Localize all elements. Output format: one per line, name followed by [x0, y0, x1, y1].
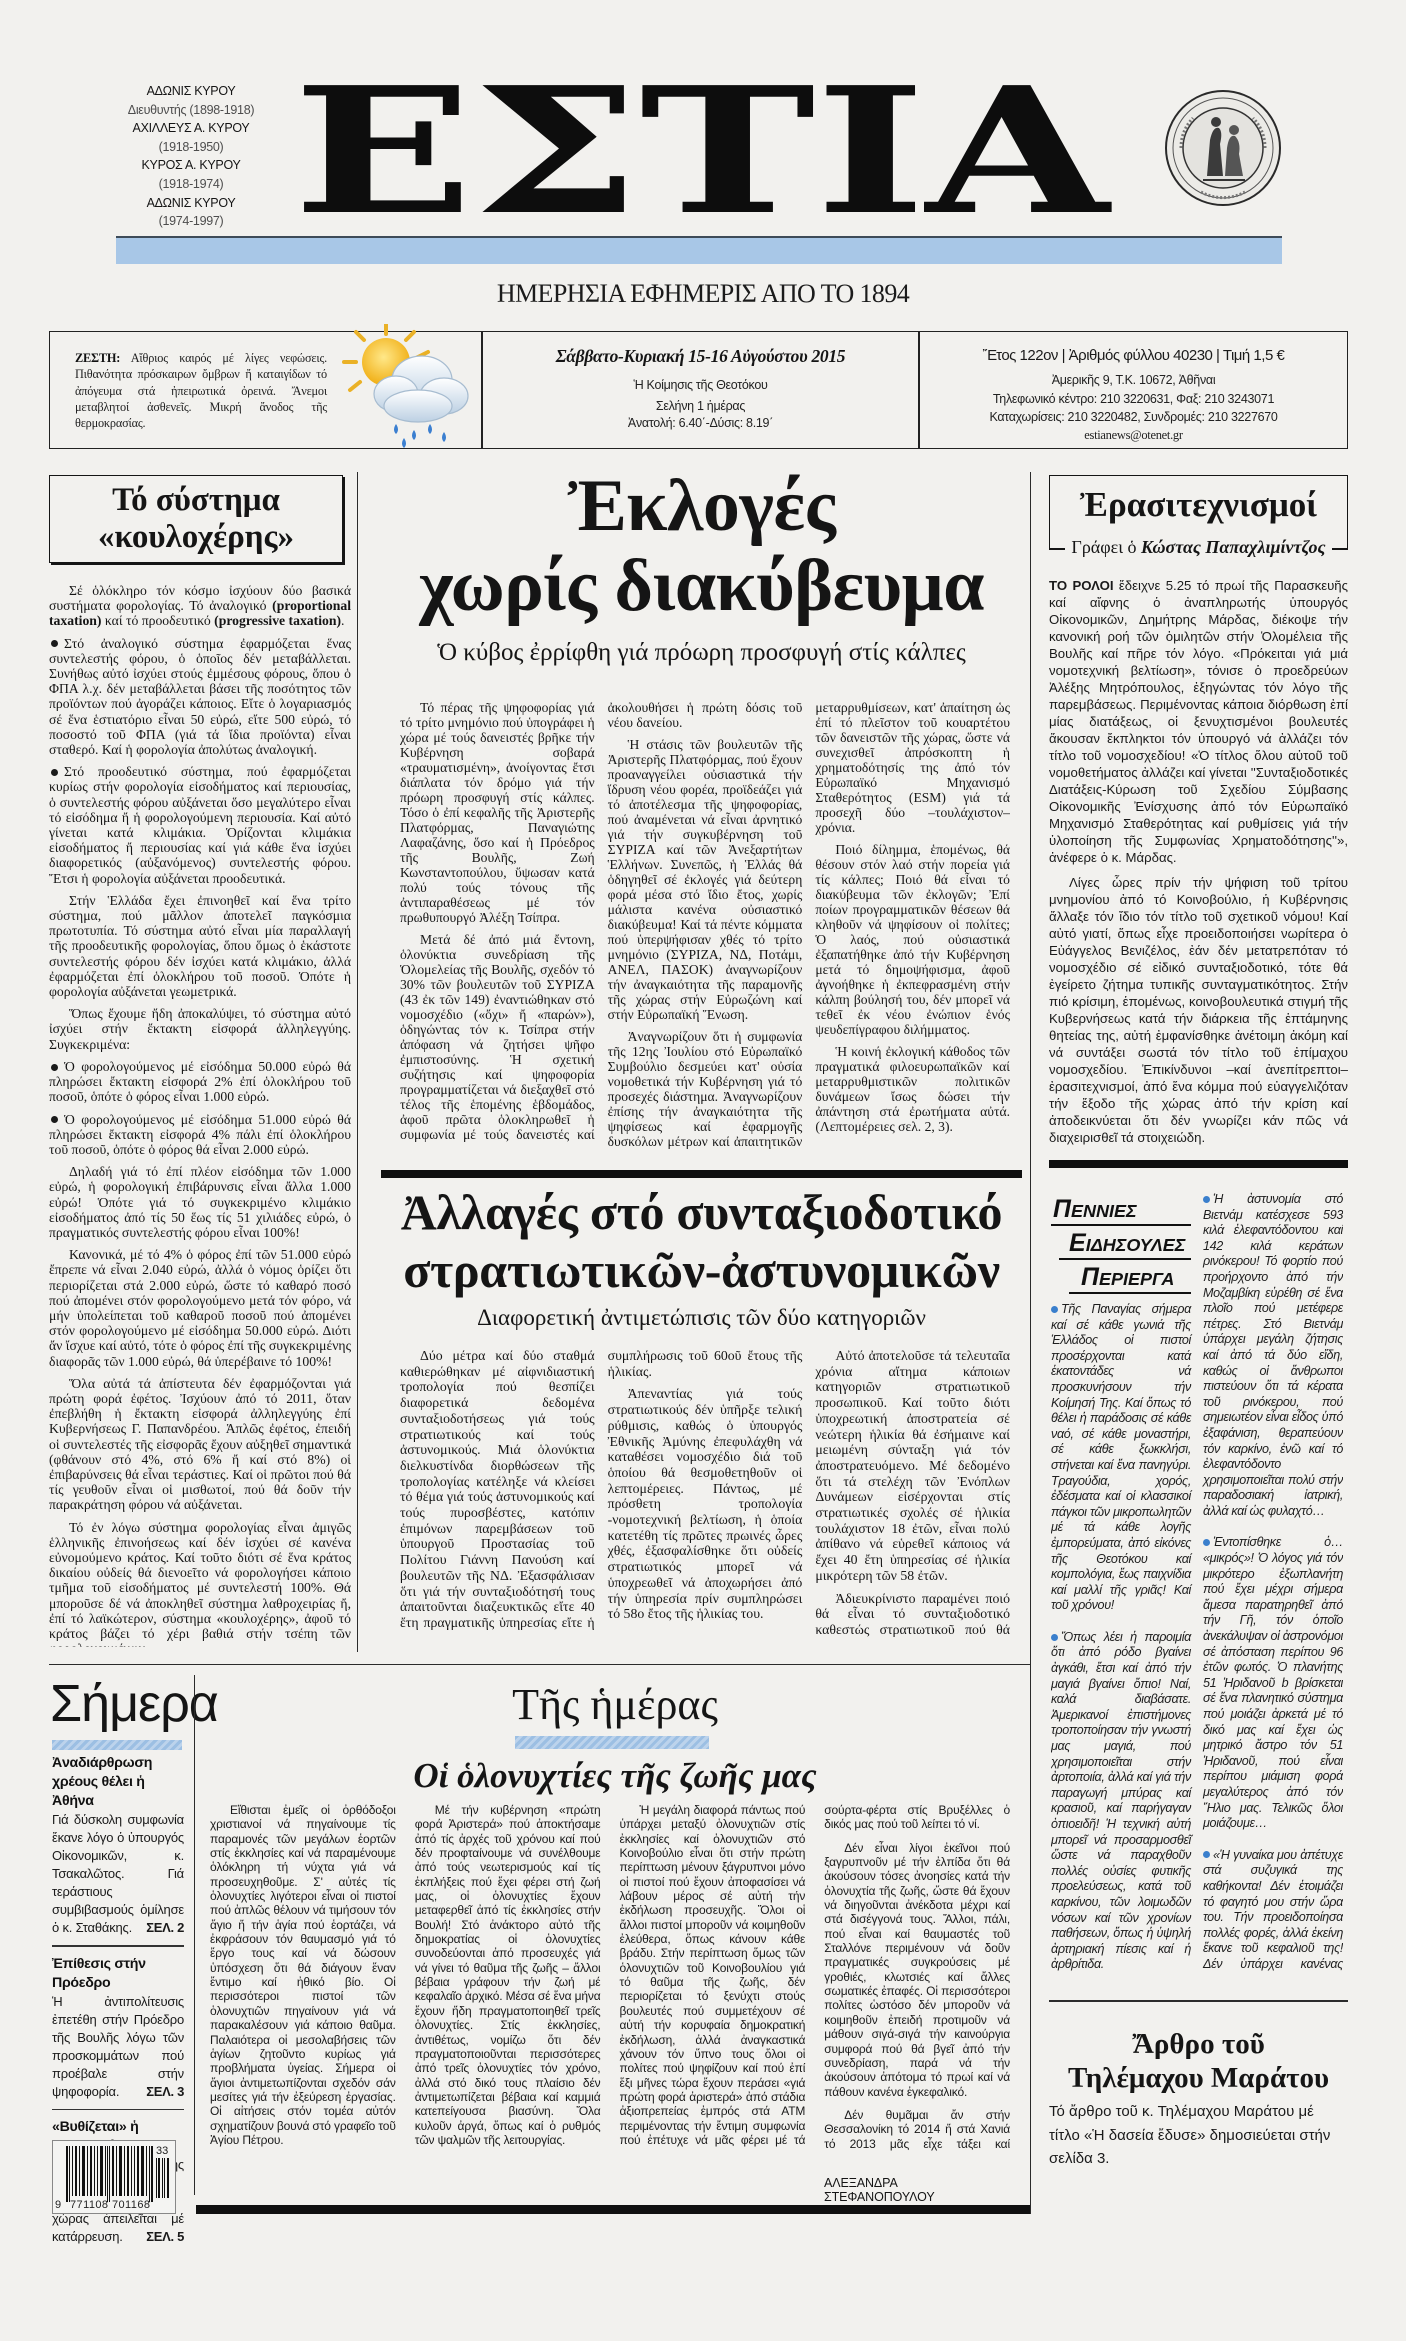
- main-headline-line1: Ἐκλογές: [381, 466, 1022, 546]
- weather-forecast: ΖΕΣΤΗ: Αἴθριος καιρός μέ λίγες νεφώσεις.…: [75, 350, 327, 431]
- publication-info-cell: Ἔτος 122ον | Ἀριθμός φύλλου 40230 | Τιμή…: [920, 332, 1347, 448]
- article-paragraph: Ὁ φορολογούμενος μέ εἰσόδημα 51.000 εὐρώ…: [49, 1112, 351, 1158]
- article-paragraph: Δηλαδή γιά τό ἐπί πλέον εἰσόδημα τῶν 1.0…: [49, 1164, 351, 1240]
- main-subheadline: Ὁ κύβος ἐρρίφθη γιά πρόωρη προσφυγή στίς…: [381, 639, 1022, 667]
- bullet-icon: [1203, 1851, 1210, 1858]
- left-article-title-line2: «κουλοχέρης»: [50, 519, 342, 556]
- article-paragraph: Τό πέρας τῆς ψηφοφορίας γιά τό τρίτο μνη…: [400, 700, 595, 925]
- article-paragraph: Λίγες ὧρες πρίν τήν ψήφιση τοῦ τρίτου μν…: [1049, 874, 1348, 1146]
- lead-in: ΤΟ ΡΟΛΟΙ: [1049, 578, 1114, 593]
- column-divider: [1030, 472, 1031, 2214]
- text-run: καί τό προοδευτικό: [101, 613, 214, 628]
- page-reference: ΣΕΛ. 3: [146, 2083, 184, 2101]
- section-divider-thick: [196, 2205, 1030, 2214]
- weather-label: ΖΕΣΤΗ:: [75, 351, 120, 365]
- article-paragraph: Στό προοδευτικό σύστημα, πού ἐφαρμόζεται…: [49, 764, 351, 886]
- news-item-text: Τῆς Παναγίας σήμερα καί σέ κάθε γωνιά τῆ…: [1051, 1302, 1191, 1612]
- index-item-title: Ἐπίθεσις στήν Πρόεδρο: [52, 1955, 184, 1993]
- marathos-note-text: Τό ἄρθρο τοῦ κ. Τηλέμαχου Μαράτου μέ τίτ…: [1049, 2100, 1348, 2171]
- left-article-body: Σέ ὁλόκληρο τόν κόσμο ἰσχύουν δύο βασικά…: [49, 583, 351, 1647]
- news-item: Ἡ ἀστυνομία στό Βιετνάμ κατέσχεσε 593 κι…: [1203, 1192, 1343, 1519]
- index-item-body: Γιά δύσκολη συμφωνία ἔκανε λόγο ὁ ὑπουργ…: [52, 1811, 184, 1937]
- article-paragraph: Εἴθισται ἐμεῖς οἱ ὀρθόδοξοι χριστιανοί ν…: [210, 1803, 396, 2147]
- pennies-header-line: ΠΕΡΙΕΡΓΑ: [1069, 1264, 1191, 1294]
- bullet-icon: [1051, 1306, 1058, 1313]
- founder-years: (1974-1997): [96, 212, 286, 231]
- right-column-title: Ἐρασιτεχνισμοί: [1080, 485, 1317, 524]
- bullet-icon: [51, 1064, 58, 1071]
- founder-years: (1918-1950): [96, 138, 286, 157]
- classifieds-numbers: Καταχωρίσεις: 210 3220482, Συνδρομές: 21…: [920, 410, 1347, 424]
- article-paragraph: Ἡ κοινή ἐκλογική κάθοδος τῶν πραγματικά …: [815, 1044, 1010, 1134]
- athena-seal-icon: [1163, 88, 1283, 208]
- date-cell: Σάββατο-Κυριακή 15-16 Αὐγούστου 2015 Ἡ Κ…: [483, 332, 918, 448]
- barcode-digits: 771108 701168: [70, 2199, 150, 2211]
- text-run: Ὁ φορολογούμενος μέ εἰσόδημα 51.000 εὐρώ…: [49, 1112, 351, 1157]
- text-run: Στό ἀναλογικό σύστημα ἐφαρμόζεται ἕνας σ…: [49, 636, 351, 757]
- byline-wrap: Γράφει ὁ Κώστας Παπαχλιμίντζος: [1065, 537, 1331, 557]
- text-run: .: [341, 613, 344, 628]
- right-column-body: ΤΟ ΡΟΛΟΙ ἔδειχνε 5.25 τό πρωί τῆς Παρασκ…: [1049, 577, 1348, 1160]
- issue-date: Σάββατο-Κυριακή 15-16 Αὐγούστου 2015: [483, 346, 918, 367]
- index-divider: [52, 1945, 184, 1947]
- today-title: Σήμερα: [50, 1676, 186, 1732]
- second-headline-line1: Ἀλλαγές στό συνταξιοδοτικό: [381, 1183, 1022, 1241]
- bullet-icon: [51, 769, 58, 776]
- article-paragraph: Δέν εἶναι λίγοι ἐκεῖνοι πού ξαγρυπνοῦν μ…: [824, 1841, 1010, 2099]
- marathos-note-title-line1: Ἄρθρο τοῦ: [1049, 2027, 1348, 2061]
- news-item-text: Ὅπως λέει ἡ παροιμία ὅτι ἀπό ρόδο βγαίνε…: [1051, 1630, 1191, 1971]
- section-divider-thick: [381, 1170, 1022, 1178]
- bullet-icon: [1203, 1196, 1210, 1203]
- page-reference: ΣΕΛ. 2: [146, 1919, 184, 1937]
- news-item-text: Ἐντοπίσθηκε ὁ… «μικρός»! Ὁ λόγος γιά τόν…: [1203, 1535, 1343, 1830]
- text-run: ἔδειχνε 5.25 τό πρωί τῆς Παρασκευῆς καί …: [1049, 578, 1348, 865]
- byline: Γράφει ὁ Κώστας Παπαχλιμίντζος: [1049, 537, 1348, 558]
- article-paragraph: Τό ἐν λόγω σύστημα φορολογίας εἶναι ἀμιγ…: [49, 1520, 351, 1647]
- index-item-text: Γιά δύσκολη συμφωνία ἔκανε λόγο ὁ ὑπουργ…: [52, 1812, 184, 1935]
- article-paragraph: Μέ τήν κυβέρνηση «πρώτη φορά Ἀριστερά» π…: [415, 1803, 601, 2147]
- main-article-body: Τό πέρας τῆς ψηφοφορίας γιά τό τρίτο μνη…: [400, 700, 1010, 1156]
- article-paragraph: Σέ ὁλόκληρο τόν κόσμο ἰσχύουν δύο βασικά…: [49, 583, 351, 629]
- masthead-title-text: ΕΣΤΙΑ: [293, 78, 1112, 218]
- page-reference: ΣΕΛ. 5: [146, 2228, 184, 2246]
- article-paragraph: Στό ἀναλογικό σύστημα ἐφαρμόζεται ἕνας σ…: [49, 636, 351, 758]
- of-the-day-title-underline: [515, 1736, 709, 1749]
- today-title-underline: [52, 1740, 182, 1750]
- second-subheadline: Διαφορετική ἀντιμετώπισις τῶν δύο κατηγο…: [381, 1305, 1022, 1331]
- marathos-note-title-line2: Τηλέμαχου Μαράτου: [1049, 2061, 1348, 2095]
- text-run: Στό προοδευτικό σύστημα, πού ἐφαρμόζεται…: [49, 764, 351, 885]
- of-the-day-section-title: Τῆς ἡμέρας: [200, 1680, 1030, 1730]
- article-paragraph: Ποιό δίλημμα, ἑπομένως, θά θέσουν στόν λ…: [815, 842, 1010, 1037]
- left-article-title-line1: Τό σύστημα: [50, 482, 342, 519]
- byline-author: Κώστας Παπαχλιμίντζος: [1141, 537, 1326, 557]
- email: estianews@otenet.gr: [920, 428, 1347, 443]
- pennies-news-column: ΠΕΝΝΙΕΣ ΕΙΔΗΣΟΥΛΕΣ ΠΕΡΙΕΡΓΑ Τῆς Παναγίας…: [1051, 1192, 1343, 1984]
- news-item-text: Ἡ ἀστυνομία στό Βιετνάμ κατέσχεσε 593 κι…: [1203, 1192, 1343, 1518]
- founder-years: (1918-1974): [96, 175, 286, 194]
- byline-prefix: Γράφει ὁ: [1071, 537, 1141, 557]
- barcode-icon: 9 771108 701168 33: [52, 2140, 176, 2214]
- founder-name: ΑΔΩΝΙΣ ΚΥΡΟΥ: [96, 82, 286, 101]
- bullet-icon: [1051, 1634, 1058, 1641]
- founder-years: Διευθυντής (1898-1918): [96, 101, 286, 120]
- moon-phase: Σελήνη 1 ἡμέρας: [483, 399, 918, 413]
- article-paragraph: Ὅπως ἔχουμε ἤδη ἀποκαλύψει, τό σύστημα α…: [49, 1006, 351, 1052]
- masthead-title: ΕΣΤΙΑ: [290, 78, 1114, 218]
- newspaper-front-page: ΑΔΩΝΙΣ ΚΥΡΟΥ Διευθυντής (1898-1918) ΑΧΙΛ…: [0, 0, 1406, 2341]
- index-item-body: Ἡ ἀντιπολίτευσις ἐπετέθη στήν Πρόεδρο τῆ…: [52, 1993, 184, 2101]
- article-paragraph: Κανονικά, μέ τό 4% ὁ φόρος ἐπί τῶν 51.00…: [49, 1247, 351, 1369]
- index-divider: [52, 2109, 184, 2111]
- news-item: Τῆς Παναγίας σήμερα καί σέ κάθε γωνιά τῆ…: [1051, 1302, 1191, 1614]
- left-article-title-box: Τό σύστημα «κουλοχέρης»: [49, 475, 343, 563]
- of-the-day-body: Εἴθισται ἐμεῖς οἱ ὀρθόδοξοι χριστιανοί ν…: [210, 1803, 1010, 2165]
- of-the-day-headline: Οἱ ὁλονυχτίες τῆς ζωῆς μας: [200, 1755, 1030, 1797]
- second-headline: Ἀλλαγές στό συνταξιοδοτικό στρατιωτικῶν-…: [381, 1183, 1022, 1299]
- marathos-note-title: Ἄρθρο τοῦ Τηλέμαχου Μαράτου: [1049, 2027, 1348, 2095]
- text-run-bold: (progressive taxation): [214, 613, 341, 628]
- article-paragraph: Ἀπεναντίας γιά τούς στρατιωτικούς δέν ὑπ…: [608, 1386, 803, 1622]
- founder-name: ΑΔΩΝΙΣ ΚΥΡΟΥ: [96, 194, 286, 213]
- main-headline: Ἐκλογές χωρίς διακύβευμα: [381, 466, 1022, 626]
- barcode-addon: 33: [156, 2145, 168, 2157]
- news-item: Ἐντοπίσθηκε ὁ… «μικρός»! Ὁ λόγος γιά τόν…: [1203, 1535, 1343, 1831]
- founder-name: ΑΧΙΛΛΕΥΣ Α. ΚΥΡΟΥ: [96, 119, 286, 138]
- author-name: ΑΛΕΞΑΝΔΡΑ ΣΤΕΦΑΝΟΠΟΥΛΟΥ: [824, 2176, 1010, 2204]
- section-divider-thick: [1049, 1160, 1348, 1168]
- founders-list: ΑΔΩΝΙΣ ΚΥΡΟΥ Διευθυντής (1898-1918) ΑΧΙΛ…: [96, 82, 286, 231]
- column-divider: [357, 472, 358, 1652]
- barcode-lead-digit: 9: [55, 2199, 61, 2211]
- sun-cloud-rain-icon: [334, 324, 484, 450]
- article-paragraph: Αὐτό ἀποτελοῦσε τά τελευταῖα χρόνια αἴτη…: [815, 1348, 1010, 1584]
- masthead-blue-bar: [116, 236, 1282, 264]
- index-item: Ἀναδιάρθρωση χρέους θέλει ἡ Ἀθήνα Γιά δύ…: [52, 1754, 184, 1937]
- bullet-icon: [51, 1116, 58, 1123]
- article-paragraph: Ὅλα αὐτά τά ἀπίστευτα δέν ἐφαρμόζονται γ…: [49, 1376, 351, 1513]
- index-item: Ἐπίθεσις στήν Πρόεδρο Ἡ ἀντιπολίτευσις ἐ…: [52, 1955, 184, 2101]
- tagline: ΗΜΕΡΗΣΙΑ ΕΦΗΜΕΡΙΣ ΑΠΟ ΤΟ 1894: [0, 279, 1406, 309]
- feast-day: Ἡ Κοίμησις τῆς Θεοτόκου: [483, 378, 918, 392]
- sun-times: Ἀνατολή: 6.40΄-Δύσις: 8.19΄: [483, 416, 918, 430]
- second-headline-line2: στρατιωτικῶν-ἀστυνομικῶν: [381, 1241, 1022, 1299]
- main-headline-line2: χωρίς διακύβευμα: [381, 546, 1022, 626]
- section-divider: [49, 1664, 1030, 1665]
- section-divider: [1049, 2000, 1348, 2002]
- column-divider: [194, 1675, 195, 2195]
- pennies-header-line: ΕΙΔΗΣΟΥΛΕΣ: [1059, 1230, 1191, 1260]
- text-run: Ὁ φορολογούμενος μέ εἰσόδημα 50.000 εὐρώ…: [49, 1059, 351, 1104]
- pennies-header: ΠΕΝΝΙΕΣ ΕΙΔΗΣΟΥΛΕΣ ΠΕΡΙΕΡΓΑ: [1051, 1192, 1191, 1302]
- article-paragraph: Ὁ φορολογούμενος μέ εἰσόδημα 50.000 εὐρώ…: [49, 1059, 351, 1105]
- index-item-title: Ἀναδιάρθρωση χρέους θέλει ἡ Ἀθήνα: [52, 1754, 184, 1811]
- bullet-icon: [1203, 1539, 1210, 1546]
- article-paragraph: Ἡ στάσις τῶν βουλευτῶν τῆς Ἀριστερῆς Πλα…: [608, 737, 803, 1022]
- founder-name: ΚΥΡΟΣ Α. ΚΥΡΟΥ: [96, 156, 286, 175]
- second-article-body: Δύο μέτρα καί δύο σταθμά καθιερώθηκαν μέ…: [400, 1348, 1010, 1640]
- pennies-header-line: ΠΕΝΝΙΕΣ: [1051, 1196, 1191, 1226]
- address: Ἀμερικῆς 9, Τ.Κ. 10672, Ἀθῆναι: [920, 373, 1347, 387]
- issue-info: Ἔτος 122ον | Ἀριθμός φύλλου 40230 | Τιμή…: [920, 347, 1347, 364]
- news-item: Ὅπως λέει ἡ παροιμία ὅτι ἀπό ρόδο βγαίνε…: [1051, 1630, 1191, 1973]
- bullet-icon: [51, 640, 58, 647]
- info-bar: ΖΕΣΤΗ: Αἴθριος καιρός μέ λίγες νεφώσεις.…: [49, 331, 1348, 449]
- article-paragraph: ΤΟ ΡΟΛΟΙ ἔδειχνε 5.25 τό πρωί τῆς Παρασκ…: [1049, 577, 1348, 866]
- article-paragraph: Στήν Ἑλλάδα ἔχει ἐπινοηθεῖ καί ἕνα τρίτο…: [49, 893, 351, 999]
- phone-numbers: Τηλεφωνικό κέντρο: 210 3220631, Φαξ: 210…: [920, 392, 1347, 406]
